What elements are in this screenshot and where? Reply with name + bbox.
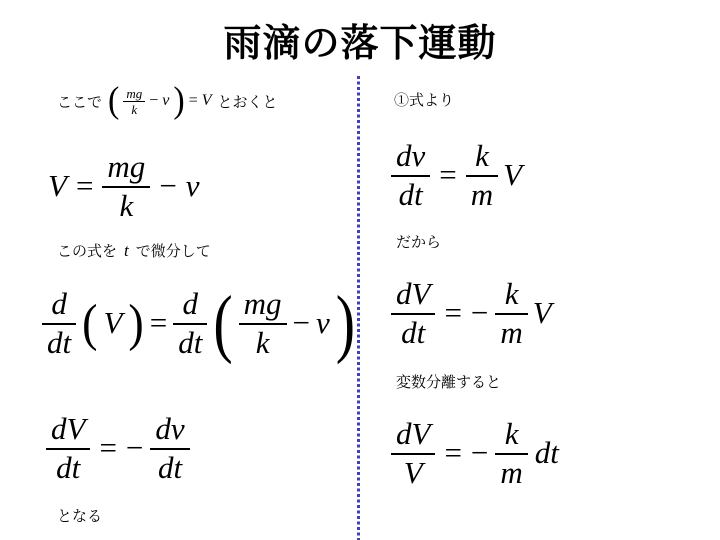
fraction-numerator: mg — [102, 151, 150, 186]
fraction: mg k — [102, 151, 150, 222]
fraction: d dt — [173, 288, 207, 359]
fraction: k m — [495, 278, 527, 349]
divider-line — [357, 76, 360, 540]
fraction-numerator: dV — [46, 413, 90, 448]
fraction-denominator: dt — [51, 450, 85, 485]
fraction: dV dt — [391, 278, 435, 349]
note-dakara-text: だから — [396, 231, 441, 252]
fraction-denominator: V — [399, 455, 428, 490]
math-var-V: V — [533, 297, 552, 330]
fraction-denominator: k — [251, 325, 275, 360]
fraction-numerator: d — [178, 288, 204, 323]
math-var-V: V — [202, 93, 212, 109]
equals-sign: = — [99, 432, 116, 465]
fraction-numerator: d — [46, 288, 72, 323]
paren-open: ( — [82, 296, 97, 350]
slide-title: 雨滴の落下運動 — [0, 12, 720, 67]
math-var-V: V — [103, 307, 122, 340]
fraction-denominator: dt — [396, 315, 430, 350]
fraction: k m — [466, 140, 498, 211]
fraction-numerator: dv — [391, 140, 430, 175]
note-separate-variables-text: 変数分離すると — [396, 371, 501, 392]
fraction: k m — [495, 418, 527, 489]
paren-close: ) — [173, 82, 184, 119]
note-differentiate-post: で微分して — [136, 240, 211, 261]
note-substitution-post: とおくと — [218, 91, 278, 112]
fraction-numerator: mg — [239, 288, 287, 323]
fraction-denominator: m — [466, 177, 498, 212]
fraction-numerator: dV — [391, 418, 435, 453]
equals-sign: = — [444, 297, 461, 330]
fraction: mg k — [239, 288, 287, 359]
fraction-denominator: m — [495, 315, 527, 350]
note-separate-variables: 変数分離すると — [396, 371, 501, 392]
fraction-numerator: k — [500, 418, 524, 453]
fraction: mg k — [123, 87, 145, 116]
minus-sign: − — [471, 437, 488, 470]
math-var-v: v — [316, 307, 330, 340]
fraction: dv dt — [391, 140, 430, 211]
fraction-denominator: m — [495, 455, 527, 490]
equation-dV-dt-equals-minus-dv-dt: dV dt = − dv dt — [46, 413, 190, 484]
note-substitution-math: ( mg k − v ) = V — [108, 84, 212, 118]
paren-close: ) — [336, 283, 355, 363]
math-var-V: V — [48, 170, 67, 203]
equals-sign: = — [439, 159, 456, 192]
equals-sign: = — [189, 93, 198, 109]
fraction: d dt — [42, 288, 76, 359]
slide: 雨滴の落下運動 ここで ( mg k − v ) = V とおくと V = mg… — [0, 0, 720, 540]
fraction-denominator: dt — [173, 325, 207, 360]
math-var-v: v — [162, 93, 169, 109]
fraction-denominator: dt — [394, 177, 428, 212]
note-dakara: だから — [396, 231, 441, 252]
paren-open: ( — [213, 283, 232, 363]
equation-dV-dt-equals-minus-k-over-m-V: dV dt = − k m V — [391, 278, 552, 349]
minus-sign: − — [149, 93, 158, 109]
note-from-eq1: ①式より — [394, 89, 454, 110]
minus-sign: − — [293, 307, 310, 340]
note-tonaru-text: となる — [57, 505, 102, 526]
fraction-numerator: dV — [391, 278, 435, 313]
math-var-V: V — [503, 159, 522, 192]
math-var-v: v — [186, 170, 200, 203]
fraction-denominator: k — [114, 188, 138, 223]
fraction-numerator: k — [500, 278, 524, 313]
paren-close: ) — [128, 296, 143, 350]
fraction-denominator: dt — [42, 325, 76, 360]
note-differentiate: この式を t で微分して — [57, 240, 211, 261]
fraction: dV dt — [46, 413, 90, 484]
fraction-denominator: dt — [153, 450, 187, 485]
equation-dv-dt-equals-k-over-m-V: dv dt = k m V — [391, 140, 522, 211]
equals-sign: = — [150, 307, 167, 340]
equation-V-definition: V = mg k − v — [48, 151, 200, 222]
fraction-numerator: dv — [150, 413, 189, 448]
note-tonaru: となる — [57, 505, 102, 526]
minus-sign: − — [159, 170, 176, 203]
note-differentiate-pre: この式を — [57, 240, 117, 261]
note-substitution-pre: ここで — [57, 91, 102, 112]
minus-sign: − — [126, 432, 143, 465]
fraction: dv dt — [150, 413, 189, 484]
fraction: dV V — [391, 418, 435, 489]
equals-sign: = — [444, 437, 461, 470]
fraction-denominator: k — [128, 102, 140, 116]
fraction-numerator: mg — [123, 87, 145, 101]
equals-sign: = — [76, 170, 93, 203]
minus-sign: − — [471, 297, 488, 330]
paren-open: ( — [108, 82, 119, 119]
note-substitution: ここで ( mg k − v ) = V とおくと — [57, 84, 278, 118]
note-from-eq1-text: ①式より — [394, 89, 454, 110]
fraction-numerator: k — [470, 140, 494, 175]
equation-derivative-both-sides: d dt ( V ) = d dt ( mg k − v ) — [42, 288, 355, 359]
equation-separated-variables: dV V = − k m dt — [391, 418, 559, 489]
math-var-t: t — [124, 241, 129, 261]
math-var-dt: dt — [535, 437, 559, 470]
